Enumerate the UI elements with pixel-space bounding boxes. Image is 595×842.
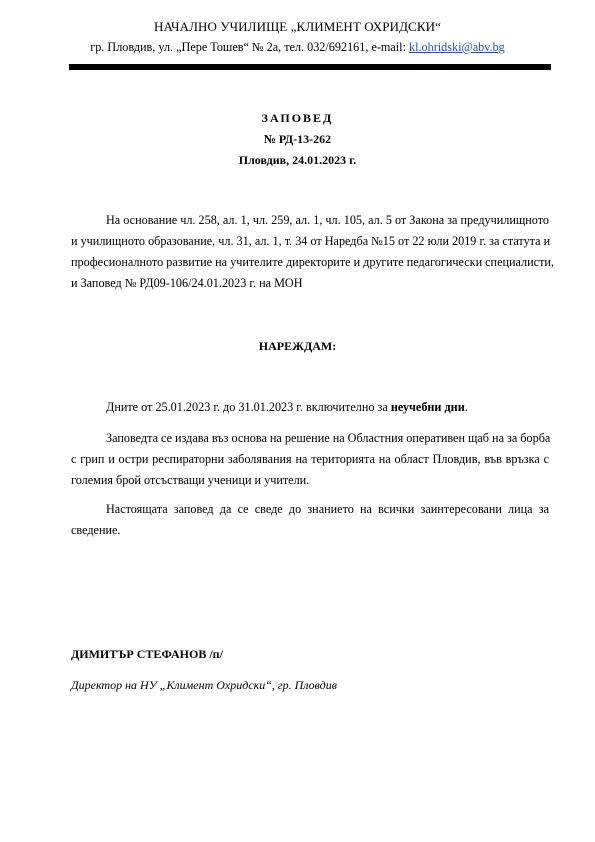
- document-title: ЗАПОВЕД: [0, 111, 595, 126]
- paragraph-line: Дните от 25.01.2023 г. до 31.01.2023 г. …: [71, 397, 549, 418]
- directive-bold-text: неучебни дни: [391, 400, 465, 414]
- directive-text: Дните от 25.01.2023 г. до 31.01.2023 г. …: [106, 400, 391, 414]
- legal-basis-paragraph: На основание чл. 258, ал. 1, чл. 259, ал…: [71, 210, 549, 294]
- paragraph-line: и Заповед № РД09-106/24.01.2023 г. на МО…: [71, 273, 549, 294]
- order-number: № РД-13-262: [0, 132, 595, 147]
- paragraph-line: и училищното образование, чл. 31, ал. 1,…: [71, 231, 549, 252]
- paragraph-line: Заповедта се издава въз основа на решени…: [71, 428, 549, 449]
- notice-paragraph: Настоящата заповед да се сведе до знание…: [71, 499, 549, 541]
- directive-text-end: .: [465, 400, 468, 414]
- paragraph-line: Настоящата заповед да се сведе до знание…: [71, 499, 549, 520]
- paragraph-line: професионалното развитие на учителите ди…: [71, 252, 549, 273]
- school-contact: гр. Пловдив, ул. „Пере Тошев“ № 2а, тел.…: [0, 40, 595, 55]
- directive-paragraph: Дните от 25.01.2023 г. до 31.01.2023 г. …: [71, 397, 549, 418]
- paragraph-line: На основание чл. 258, ал. 1, чл. 259, ал…: [71, 210, 549, 231]
- school-name: НАЧАЛНО УЧИЛИЩЕ „КЛИМЕНТ ОХРИДСКИ“: [0, 19, 595, 35]
- paragraph-line: сведение.: [71, 520, 549, 541]
- email-link[interactable]: kl.ohridski@abv.bg: [409, 40, 505, 54]
- signatory-position: Директор на НУ „Климент Охридски“, гр. П…: [71, 678, 337, 693]
- reason-paragraph: Заповедта се издава въз основа на решени…: [71, 428, 549, 491]
- place-date: Пловдив, 24.01.2023 г.: [0, 153, 595, 168]
- school-address: гр. Пловдив, ул. „Пере Тошев“ № 2а, тел.…: [90, 40, 409, 54]
- paragraph-line: с грип и остри респираторни заболявания …: [71, 449, 549, 470]
- signatory-name: ДИМИТЪР СТЕФАНОВ /п/: [71, 647, 223, 662]
- header-divider: [69, 64, 551, 70]
- directive-heading: НАРЕЖДАМ:: [0, 339, 595, 354]
- paragraph-line: големия брой отсъстващи ученици и учител…: [71, 470, 549, 491]
